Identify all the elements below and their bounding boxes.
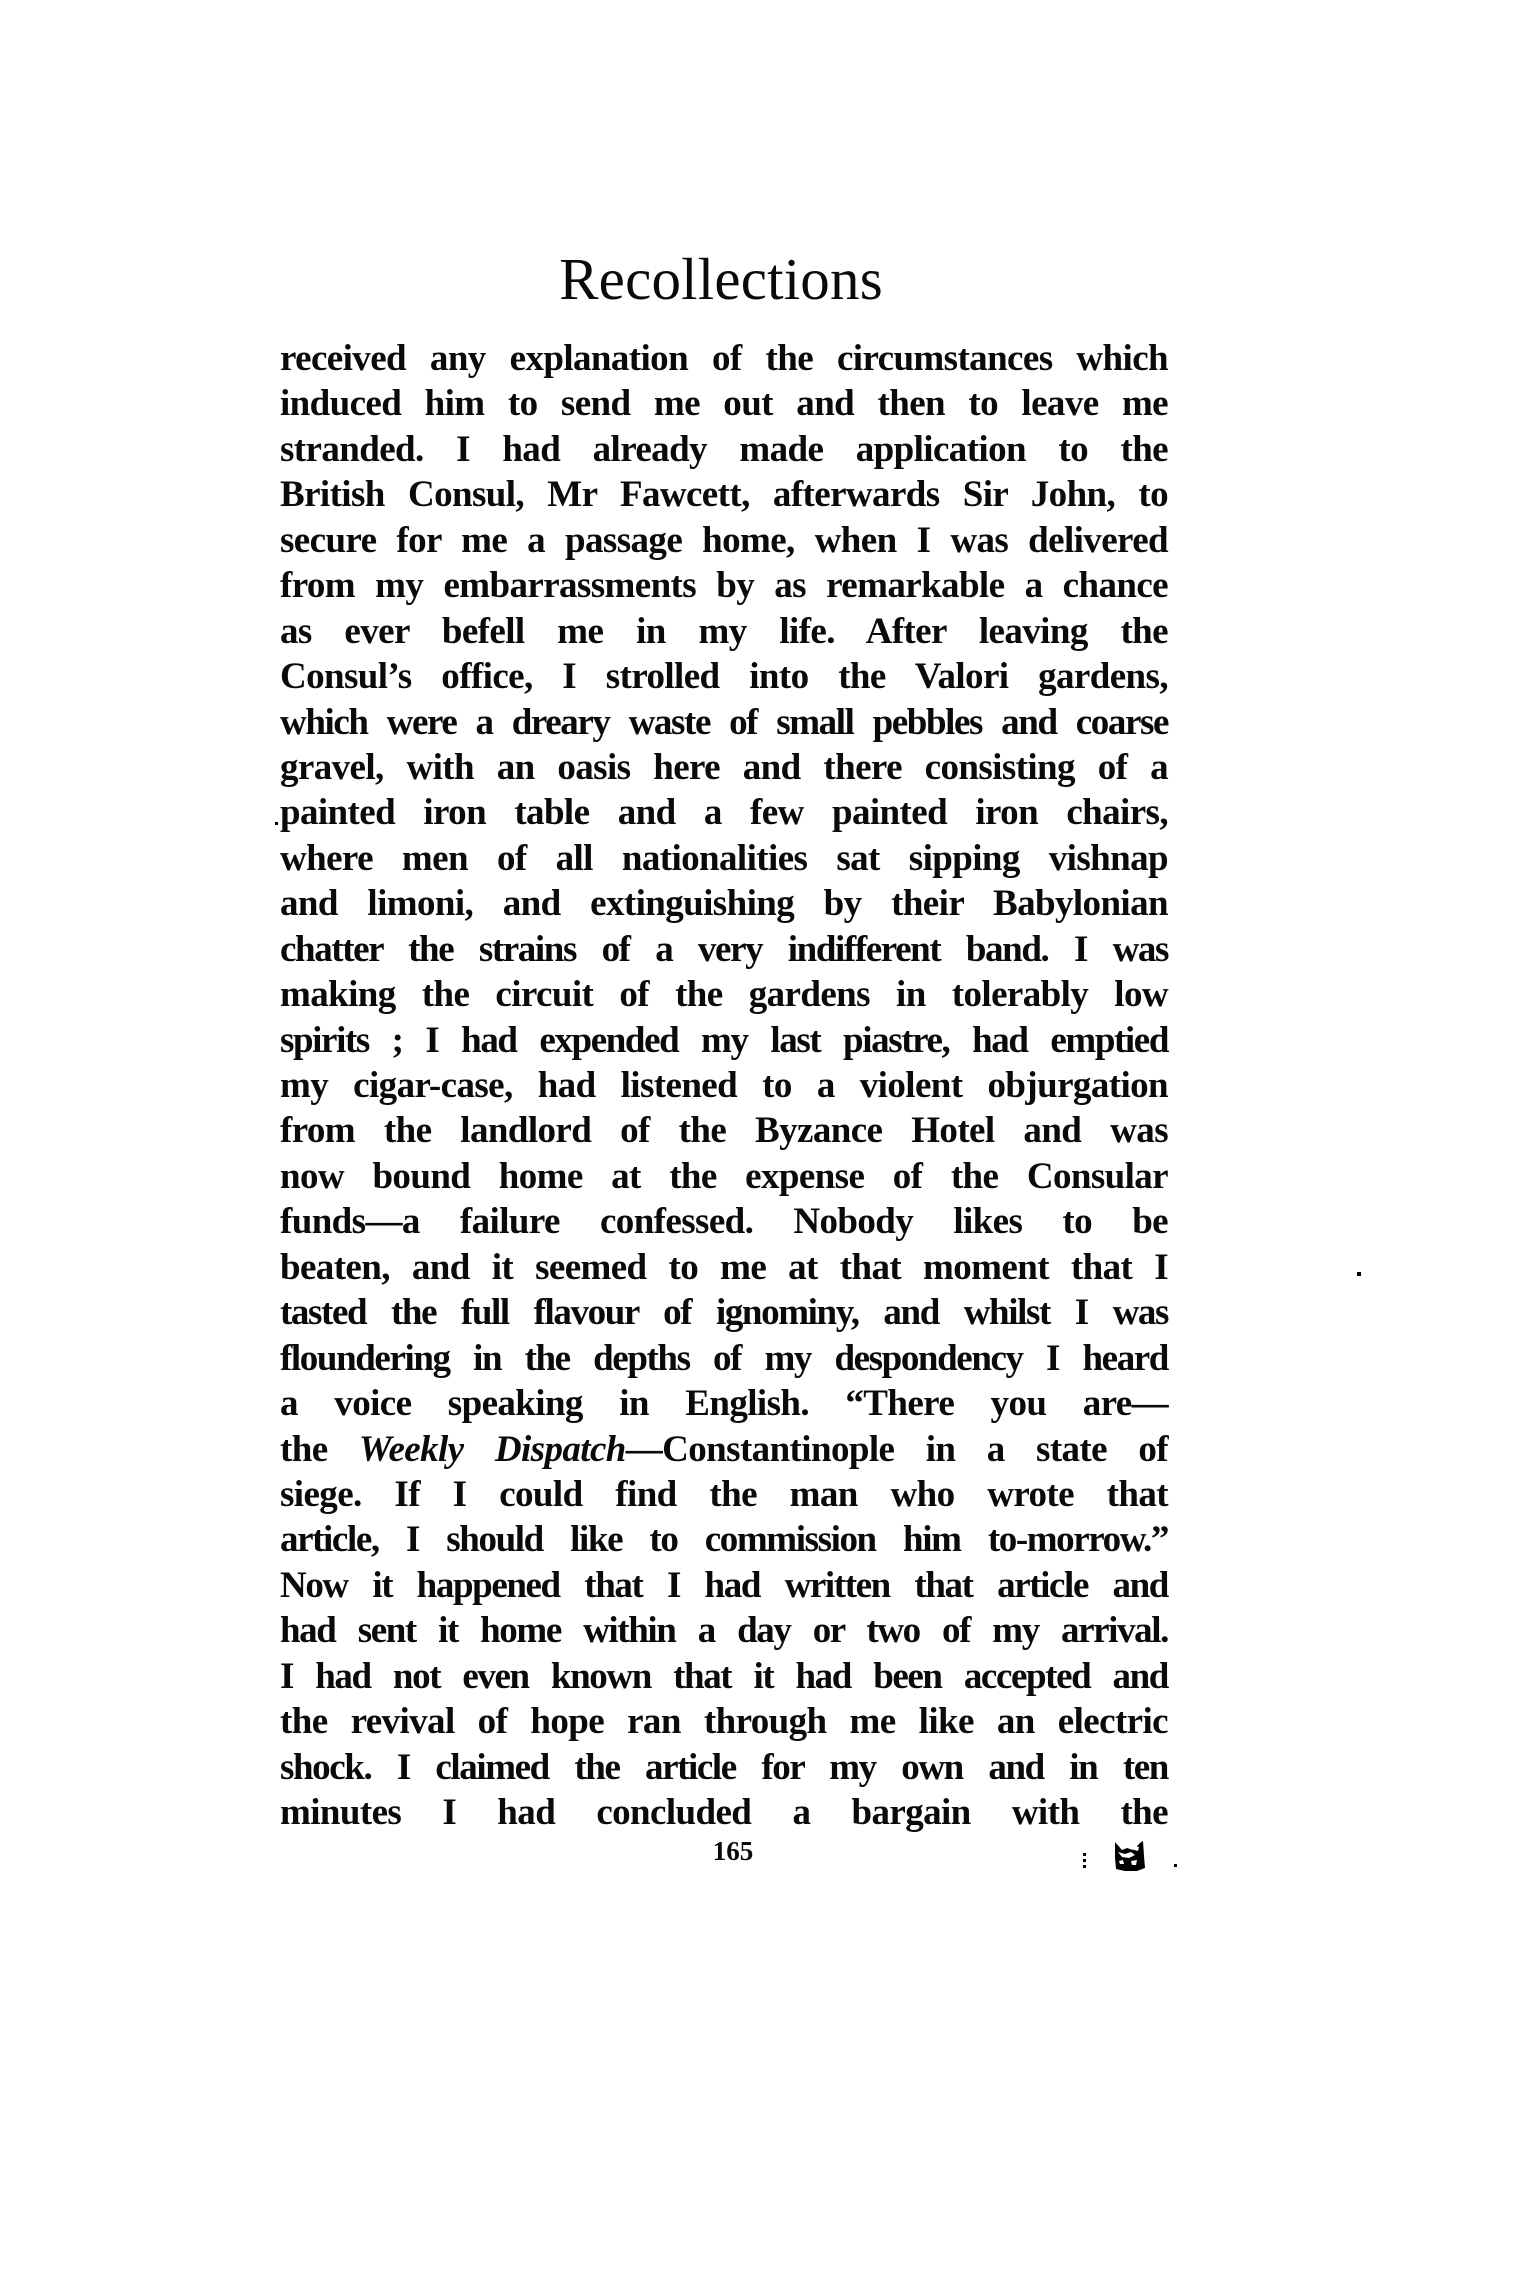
text-line: as ever befell me in my life. After leav… bbox=[280, 609, 1168, 654]
text-line: minutes I had concluded a bargain with t… bbox=[280, 1790, 1168, 1835]
running-head: Recollections bbox=[0, 244, 1442, 314]
text-line: now bound home at the expense of the Con… bbox=[280, 1154, 1168, 1199]
text-line: secure for me a passage home, when I was… bbox=[280, 518, 1168, 563]
text-line-with-italic: the Weekly Dispatch—Constantinople in a … bbox=[280, 1427, 1168, 1472]
italic-title-weekly-dispatch: Weekly Dispatch bbox=[359, 1429, 626, 1470]
text-line: British Consul, Mr Fawcett, afterwards S… bbox=[280, 472, 1168, 517]
scan-dots-icon bbox=[1083, 1853, 1087, 1869]
body-text: received any explanation of the circumst… bbox=[280, 336, 1168, 1835]
text-line: induced him to send me out and then to l… bbox=[280, 381, 1168, 426]
text-line: had sent it home within a day or two of … bbox=[280, 1608, 1168, 1653]
text-line: stranded. I had already made application… bbox=[280, 427, 1168, 472]
text-line: where men of all nationalities sat sippi… bbox=[280, 836, 1168, 881]
text-line: making the circuit of the gardens in tol… bbox=[280, 972, 1168, 1017]
text-line: floundering in the depths of my desponde… bbox=[280, 1336, 1168, 1381]
text-segment: —Constantinople in a state of bbox=[626, 1429, 1168, 1470]
scan-speck bbox=[1357, 1272, 1361, 1276]
text-line: received any explanation of the circumst… bbox=[280, 336, 1168, 381]
text-line: from the landlord of the Byzance Hotel a… bbox=[280, 1108, 1168, 1153]
text-line: from my embarrassments by as remarkable … bbox=[280, 563, 1168, 608]
text-line: siege. If I could find the man who wrote… bbox=[280, 1472, 1168, 1517]
page-number: 165 bbox=[708, 1836, 758, 1866]
text-line: and limoni, and extinguishing by their B… bbox=[280, 881, 1168, 926]
text-line: spirits ; I had expended my last piastre… bbox=[280, 1018, 1168, 1063]
scan-speck bbox=[1174, 1864, 1177, 1867]
text-line: my cigar-case, had listened to a violent… bbox=[280, 1063, 1168, 1108]
text-segment: the bbox=[280, 1429, 359, 1470]
text-line: which were a dreary waste of small pebbl… bbox=[280, 700, 1168, 745]
text-line: the revival of hope ran through me like … bbox=[280, 1699, 1168, 1744]
text-line: Consul’s office, I strolled into the Val… bbox=[280, 654, 1168, 699]
text-line: a voice speaking in English. “There you … bbox=[280, 1381, 1168, 1426]
text-line: gravel, with an oasis here and there con… bbox=[280, 745, 1168, 790]
scan-speck bbox=[275, 822, 278, 825]
text-line: I had not even known that it had been ac… bbox=[280, 1654, 1168, 1699]
text-line: funds—a failure confessed. Nobody likes … bbox=[280, 1199, 1168, 1244]
text-line: article, I should like to commission him… bbox=[280, 1517, 1168, 1562]
text-line: tasted the full flavour of ignominy, and… bbox=[280, 1290, 1168, 1335]
library-stamp-icon bbox=[1113, 1838, 1147, 1872]
text-line: Now it happened that I had written that … bbox=[280, 1563, 1168, 1608]
text-line: beaten, and it seemed to me at that mome… bbox=[280, 1245, 1168, 1290]
text-line: painted iron table and a few painted iro… bbox=[280, 790, 1168, 835]
text-line: shock. I claimed the article for my own … bbox=[280, 1745, 1168, 1790]
text-line: chatter the strains of a very indifferen… bbox=[280, 927, 1168, 972]
